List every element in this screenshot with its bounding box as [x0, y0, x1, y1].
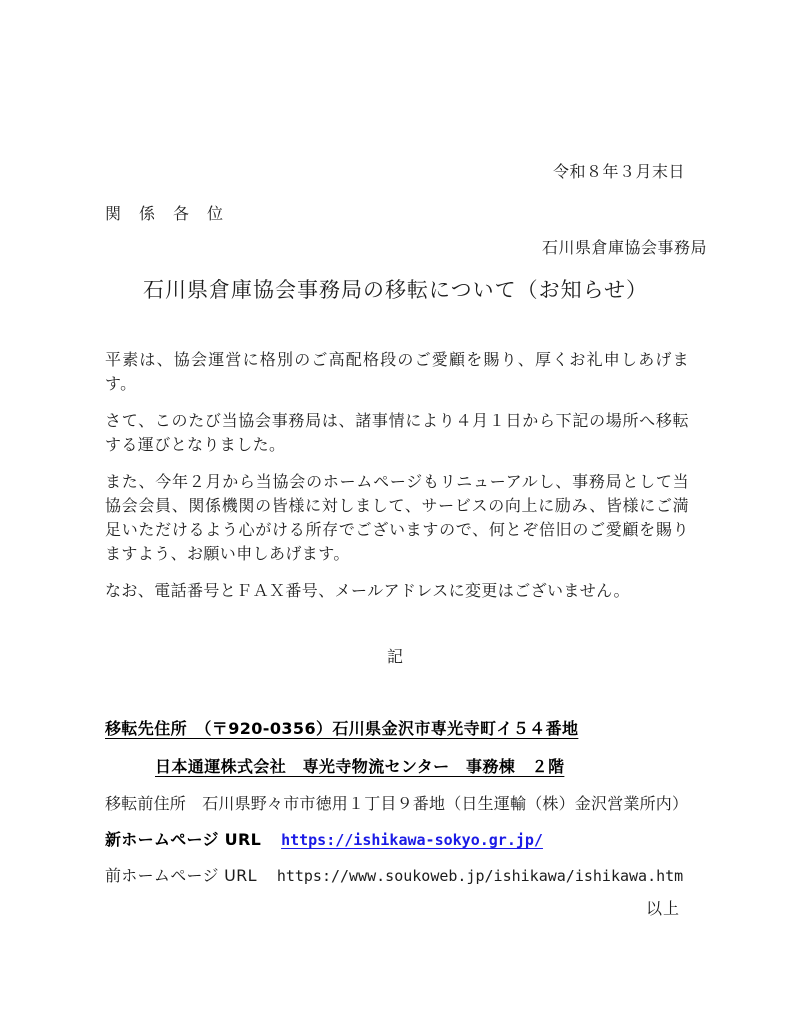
new-homepage-row: 新ホームページ URLhttps://ishikawa-sokyo.gr.jp/ — [105, 828, 791, 852]
old-address-line: 移転前住所 石川県野々市市徳用１丁目９番地（日生運輸（株）金沢営業所内） — [105, 792, 791, 816]
notice-document-page: 令和８年３月末日 関 係 各 位 石川県倉庫協会事務局 石川県倉庫協会事務局の移… — [0, 0, 791, 1024]
recipient-line: 関 係 各 位 — [105, 202, 791, 226]
body-paragraph-relocation-notice: さて、このたび当協会事務局は、諸事情により４月１日から下記の場所へ移転する運びと… — [105, 409, 689, 457]
closing-word: 以上 — [0, 897, 791, 921]
body-paragraph-contact-unchanged: なお、電話番号とＦＡＸ番号、メールアドレスに変更はございません。 — [105, 579, 689, 603]
old-homepage-label: 前ホームページ URL — [105, 866, 257, 885]
body-paragraph-homepage-renewal: また、今年２月から当協会のホームページもリニューアルし、事務局として当協会会員、… — [105, 470, 689, 566]
document-date: 令和８年３月末日 — [0, 160, 791, 184]
body-paragraph-greeting: 平素は、協会運営に格別のご高配格段のご愛顧を賜り、厚くお礼申しあげます。 — [105, 348, 689, 396]
new-address-building-line: 日本通運株式会社 専光寺物流センター 事務棟 ２階 — [155, 755, 791, 779]
new-homepage-label: 新ホームページ URL — [105, 830, 261, 849]
new-address-line: 移転先住所 （〒920-0356）石川県金沢市専光寺町イ５４番地 — [105, 717, 791, 741]
document-title: 石川県倉庫協会事務局の移転について（お知らせ） — [0, 274, 791, 306]
old-homepage-url: https://www.soukoweb.jp/ishikawa/ishikaw… — [277, 867, 683, 885]
new-homepage-link[interactable]: https://ishikawa-sokyo.gr.jp/ — [281, 831, 543, 849]
old-homepage-row: 前ホームページ URLhttps://www.soukoweb.jp/ishik… — [105, 864, 791, 888]
record-marker: 記 — [0, 645, 791, 669]
sender-name: 石川県倉庫協会事務局 — [0, 236, 791, 260]
